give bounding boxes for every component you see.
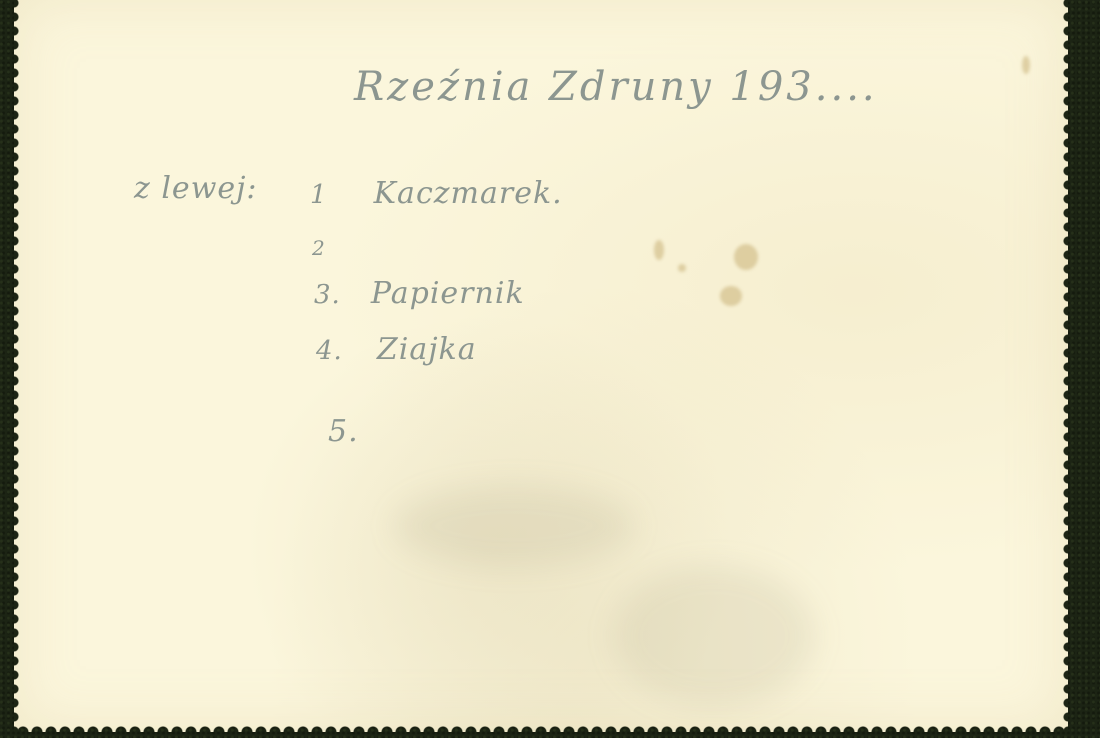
smudge (394, 486, 634, 566)
item-number: 5. (328, 414, 359, 449)
stain-spot (678, 264, 686, 272)
list-item: 4. Ziajka (316, 332, 477, 367)
stain-spot (734, 244, 758, 270)
list-item: 2 (312, 228, 326, 263)
item-name: Kaczmarek. (374, 176, 563, 211)
stain-spot (720, 286, 742, 306)
list-label: z lewej: (134, 171, 258, 206)
deckle-edge-left (14, 0, 24, 732)
item-name: Ziajka (377, 332, 477, 367)
item-name: Papiernik (371, 276, 525, 311)
heading-handwriting: Rzeźnia Zdruny 193.... (354, 64, 878, 110)
item-number: 4. (316, 336, 343, 366)
list-item: 5. (328, 414, 359, 449)
stain-spot (1022, 56, 1030, 74)
item-number: 2 (312, 236, 326, 260)
stain-spot (654, 240, 664, 260)
smudge (614, 566, 814, 706)
item-number: 1 (310, 180, 328, 210)
item-number: 3. (314, 280, 341, 310)
deckle-edge-right (1058, 0, 1068, 732)
list-item: 1 Kaczmarek. (310, 176, 563, 211)
photo-back: Rzeźnia Zdruny 193.... z lewej: 1 Kaczma… (14, 0, 1068, 732)
list-item: 3. Papiernik (314, 276, 525, 311)
